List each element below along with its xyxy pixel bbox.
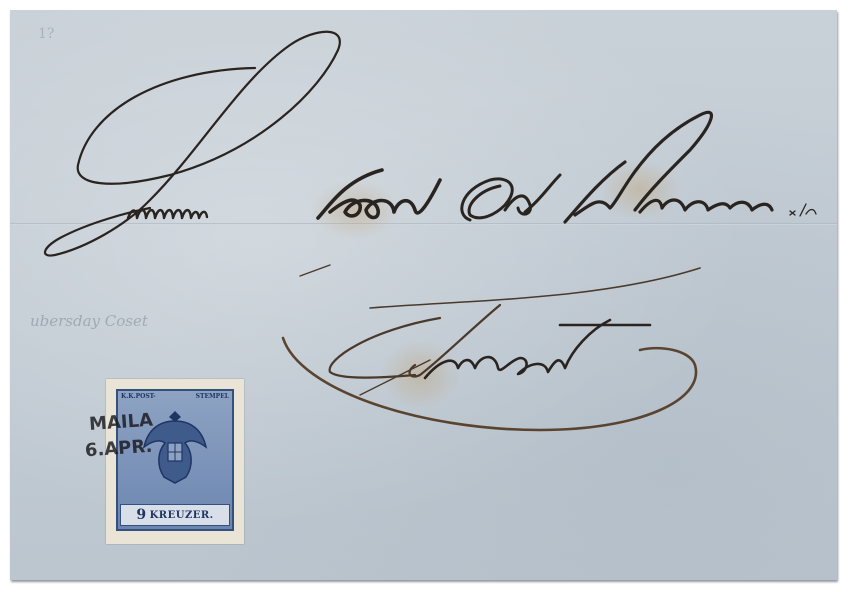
postmark-line-2: 6.APR. (84, 434, 156, 465)
script-suffix (790, 204, 816, 216)
stamp-post-text: K.K.POST- (121, 393, 156, 400)
script-triest (425, 320, 650, 378)
flourish-capital-s (45, 32, 340, 256)
flourish-short (300, 265, 330, 276)
stamp-denomination: 9 KREUZER. (120, 504, 230, 526)
script-dal (462, 175, 560, 220)
script-signore (128, 210, 207, 218)
stamp-stempel-text: STEMPEL (196, 393, 229, 400)
stamp-value-text: KREUZER. (150, 510, 214, 521)
stamp-value-number: 9 (136, 507, 146, 523)
stamp-header: K.K.POST- STEMPEL (118, 393, 232, 400)
flourish-top-line (370, 268, 700, 308)
script-conte (318, 170, 440, 218)
script-chiozza (565, 112, 772, 222)
postmark-cancel: MAILA 6.APR. (82, 408, 155, 465)
